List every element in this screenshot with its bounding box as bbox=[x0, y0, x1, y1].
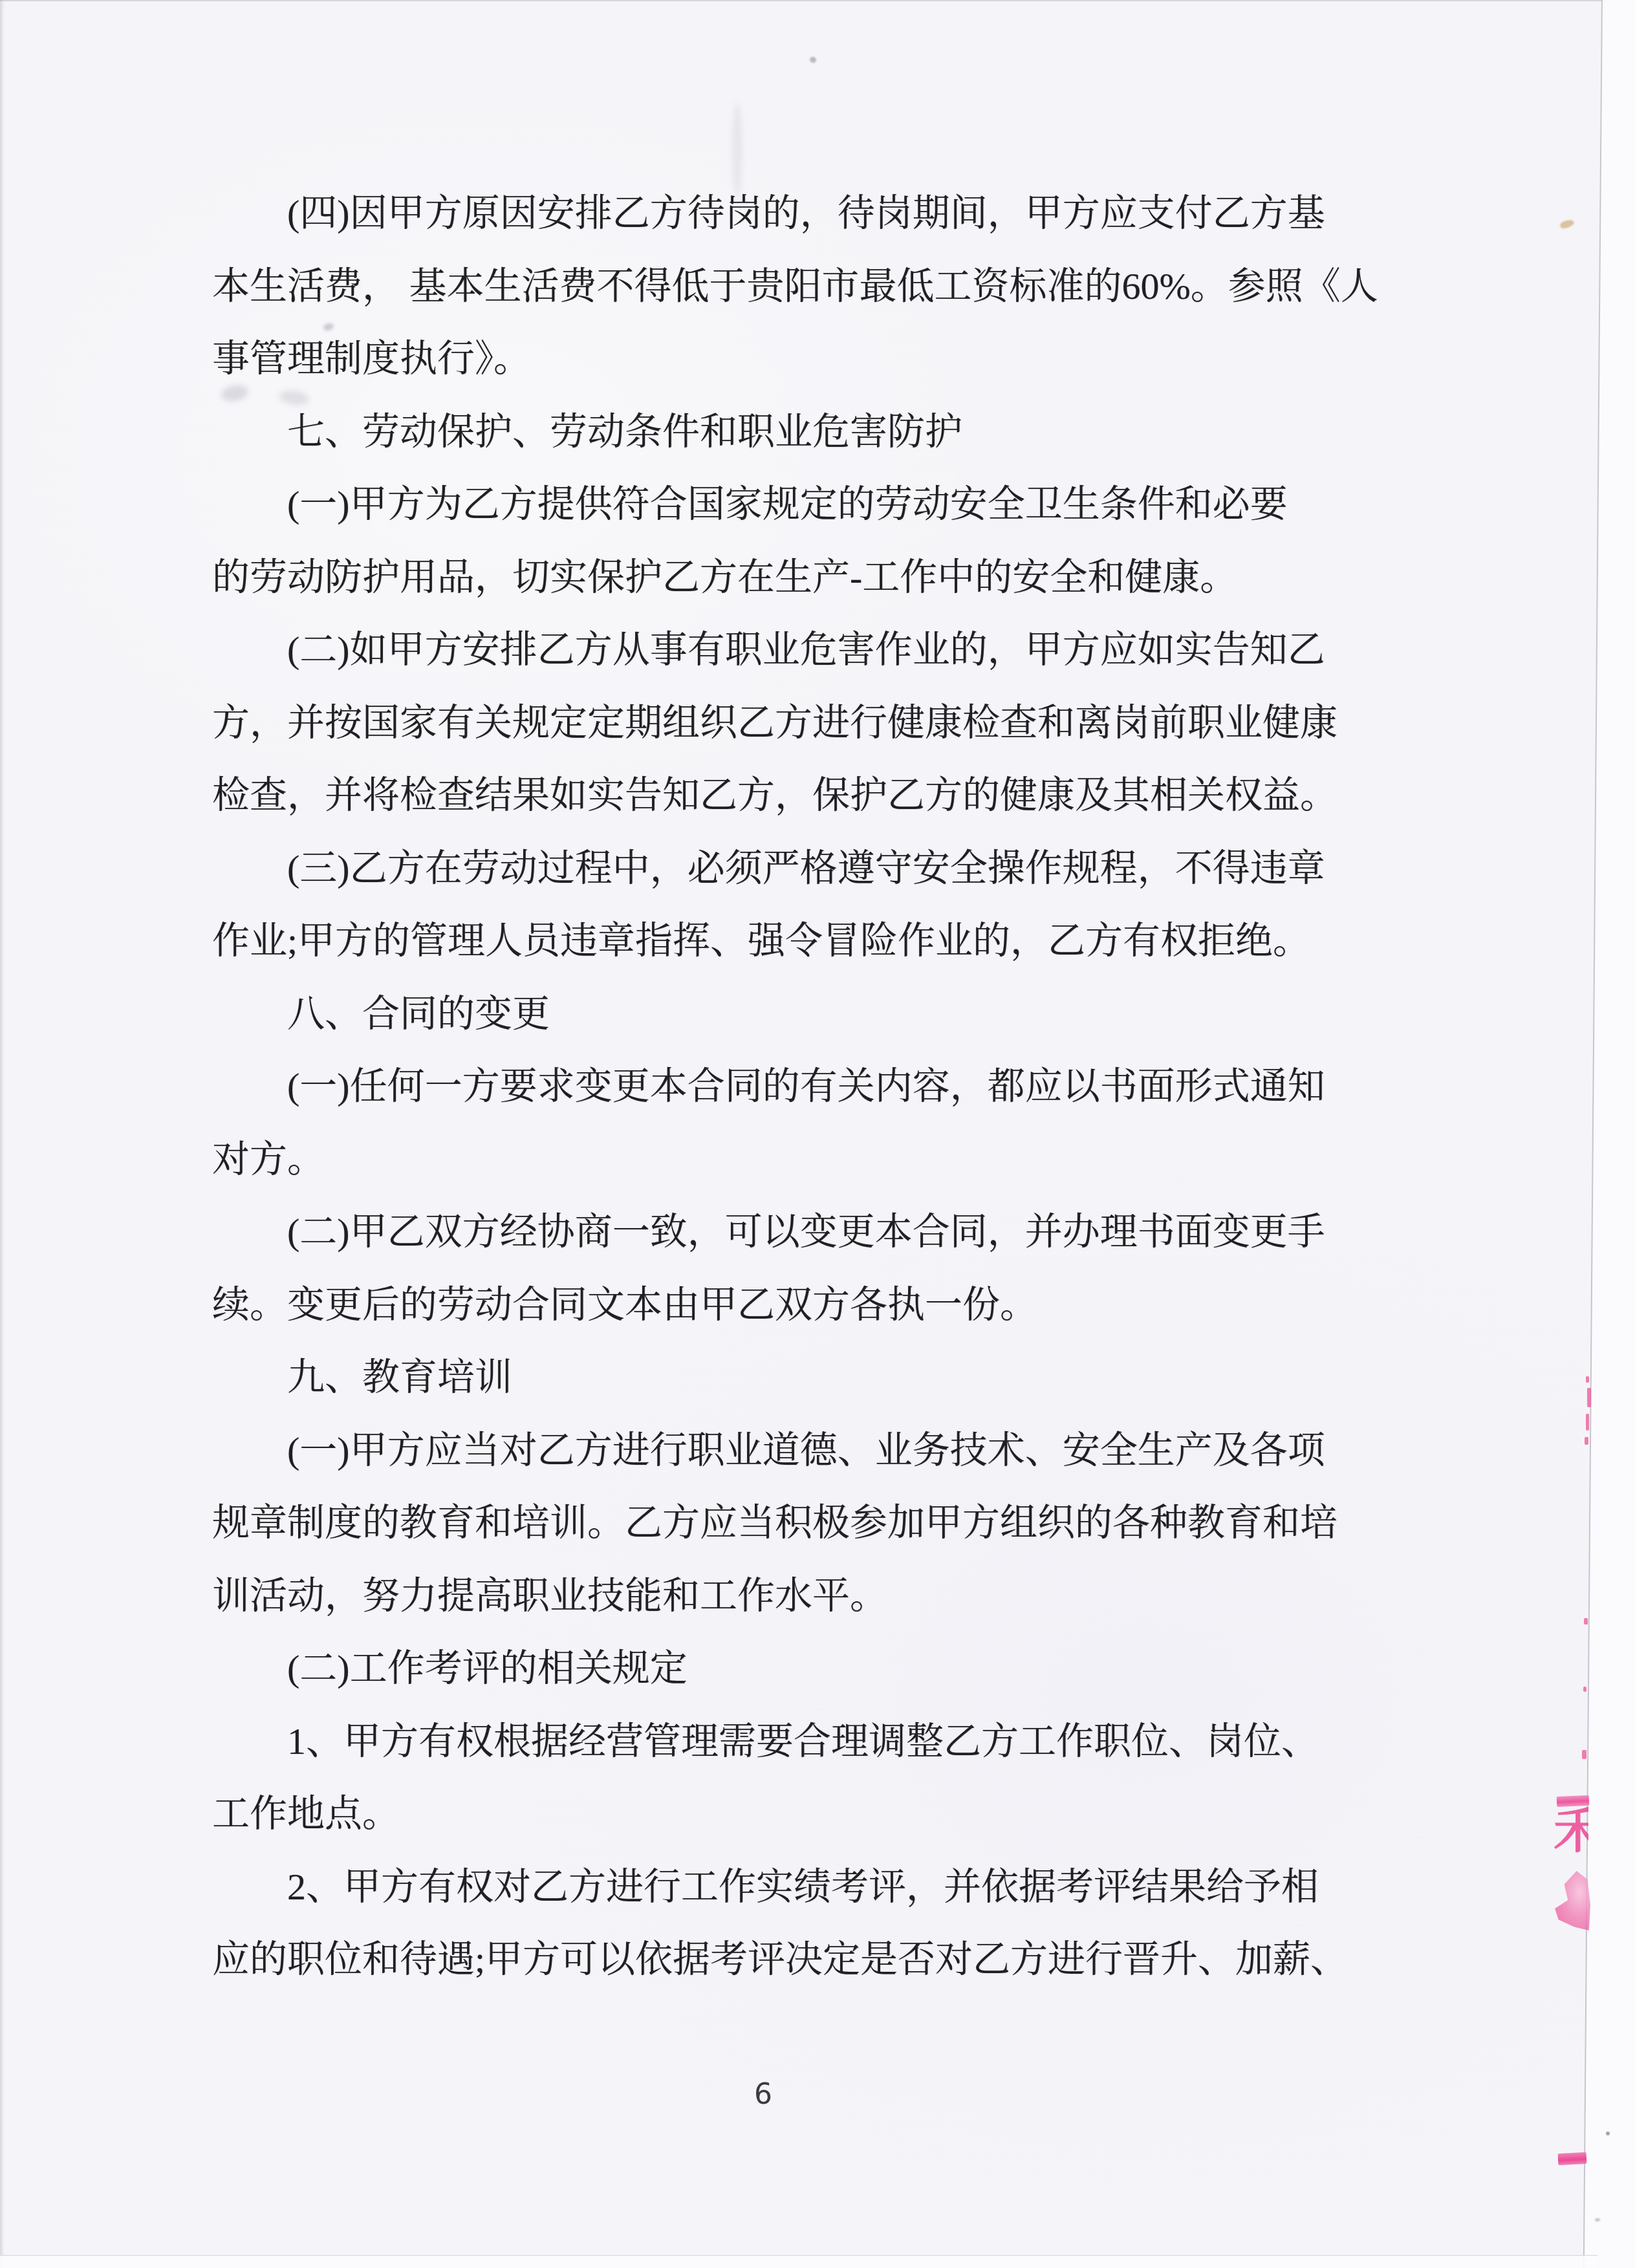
page-number: 6 bbox=[744, 2073, 783, 2116]
text-line: 九、教育培训 bbox=[212, 1341, 1370, 1414]
seal-fragment-dash bbox=[1584, 1618, 1588, 1625]
text-line: 八、合同的变更 bbox=[212, 978, 1370, 1051]
scan-left-edge-shade bbox=[0, 0, 5, 2268]
document-page: (四)因甲方原因安排乙方待岗的，待岗期间，甲方应支付乙方基本生活费， 基本生活费… bbox=[0, 0, 1635, 2268]
paper-bottom-edge bbox=[0, 2255, 1597, 2268]
text-line: 1、甲方有权根据经营管理需要合理调整乙方工作职位、岗位、 bbox=[212, 1705, 1370, 1778]
seal-character-glyph: 禾 bbox=[1554, 1806, 1588, 1859]
text-line: 方，并按国家有关规定定期组织乙方进行健康检查和离岗前职业健康 bbox=[212, 687, 1370, 760]
seal-fragment-dash bbox=[1583, 1687, 1586, 1692]
text-line: (四)因甲方原因安排乙方待岗的，待岗期间，甲方应支付乙方基 bbox=[212, 177, 1370, 250]
text-line: 续。变更后的劳动合同文本由甲乙双方各执一份。 bbox=[212, 1269, 1370, 1342]
seal-fragment-dash bbox=[1586, 1414, 1589, 1431]
text-line: 七、劳动保护、劳动条件和职业危害防护 bbox=[212, 396, 1370, 469]
text-line: 2、甲方有权对乙方进行工作实绩考评，并依据考评结果给予相 bbox=[212, 1851, 1370, 1924]
text-line: (三)乙方在劳动过程中，必须严格遵守安全操作规程，不得违章 bbox=[212, 832, 1370, 905]
text-line: 规章制度的教育和培训。乙方应当积极参加甲方组织的各种教育和培 bbox=[212, 1487, 1370, 1560]
text-line: 作业;甲方的管理人员违章指挥、强令冒险作业的，乙方有权拒绝。 bbox=[212, 905, 1370, 978]
text-line: 的劳动防护用品，切实保护乙方在生产-工作中的安全和健康。 bbox=[212, 541, 1370, 614]
text-line: 工作地点。 bbox=[212, 1778, 1370, 1851]
scan-smudge bbox=[809, 56, 817, 63]
text-line: 应的职位和待遇;甲方可以依据考评决定是否对乙方进行晋升、加薪、 bbox=[212, 1923, 1370, 1996]
scan-speck bbox=[1559, 219, 1575, 230]
seal-fragment-blob bbox=[1554, 1871, 1590, 1932]
text-line: 本生活费， 基本生活费不得低于贵阳市最低工资标准的60%。参照《人 bbox=[212, 250, 1370, 323]
scan-speck bbox=[1595, 2218, 1600, 2221]
text-line: 对方。 bbox=[212, 1123, 1370, 1196]
seal-fragment-bar bbox=[1558, 2152, 1587, 2165]
scan-top-edge bbox=[0, 0, 1635, 1]
seal-fragment-dash bbox=[1582, 1750, 1586, 1759]
text-line: (一)甲方应当对乙方进行职业道德、业务技术、安全生产及各项 bbox=[212, 1414, 1370, 1487]
text-line: (一)任何一方要求变更本合同的有关内容，都应以书面形式通知 bbox=[212, 1050, 1370, 1123]
text-line: 事管理制度执行》。 bbox=[212, 323, 1370, 396]
text-block: (四)因甲方原因安排乙方待岗的，待岗期间，甲方应支付乙方基本生活费， 基本生活费… bbox=[212, 177, 1370, 1996]
seal-fragment-dash bbox=[1586, 1376, 1589, 1383]
seal-fragment-character: 禾 bbox=[1554, 1806, 1588, 1861]
text-line: 检查，并将检查结果如实告知乙方，保护乙方的健康及其相关权益。 bbox=[212, 759, 1370, 832]
seal-fragment-dash bbox=[1587, 1388, 1591, 1407]
seal-fragment-dash bbox=[1585, 1437, 1588, 1445]
text-line: (二)甲乙双方经协商一致，可以变更本合同，并办理书面变更手 bbox=[212, 1196, 1370, 1269]
scan-speck bbox=[1606, 2132, 1610, 2135]
text-line: (二)如甲方安排乙方从事有职业危害作业的，甲方应如实告知乙 bbox=[212, 614, 1370, 687]
text-line: 训活动，努力提高职业技能和工作水平。 bbox=[212, 1560, 1370, 1633]
text-line: (一)甲方为乙方提供符合国家规定的劳动安全卫生条件和必要 bbox=[212, 468, 1370, 541]
text-line: (二)工作考评的相关规定 bbox=[212, 1632, 1370, 1705]
